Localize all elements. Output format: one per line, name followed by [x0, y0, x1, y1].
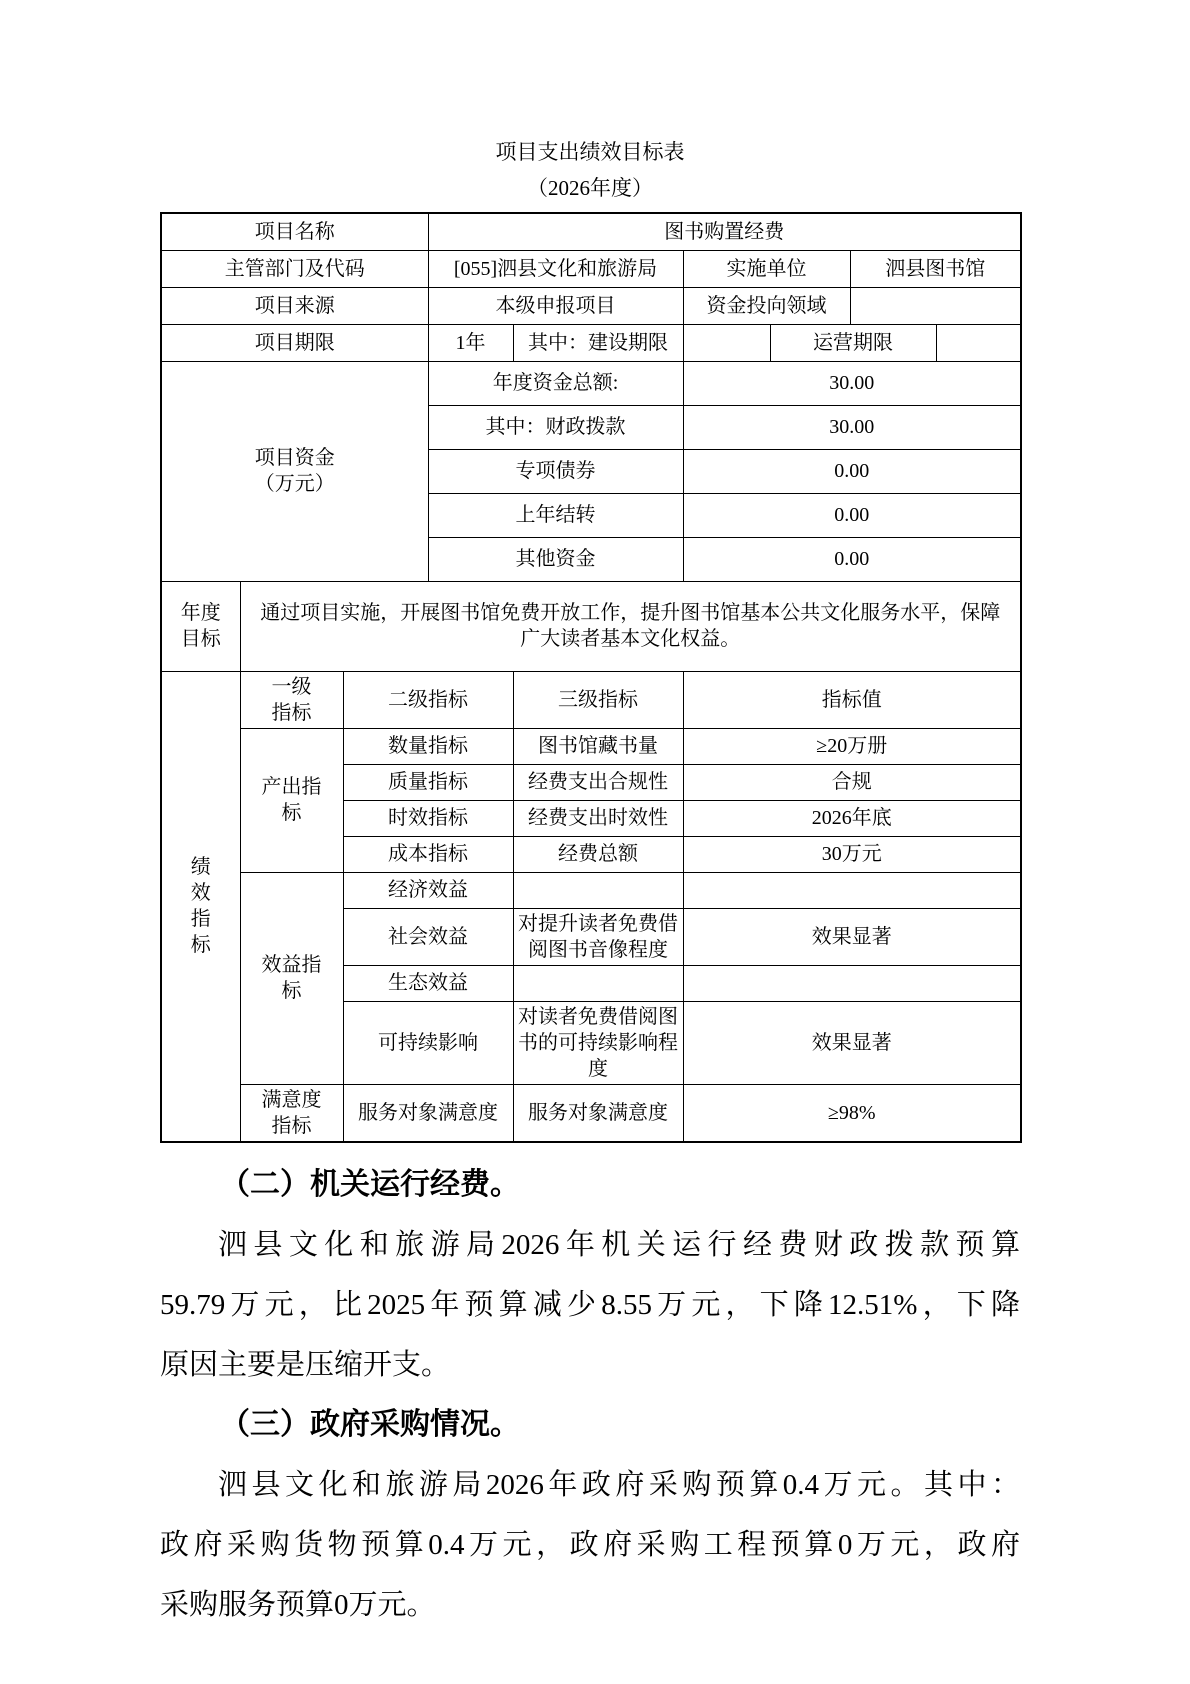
- row-perf-header: 绩 效 指 标 一级 指标 二级指标 三级指标 指标值: [161, 671, 1021, 728]
- page-subtitle: （2026年度）: [160, 177, 1020, 200]
- row-project-name: 项目名称 图书购置经费: [161, 213, 1021, 250]
- cell-header-level3: 三级指标: [513, 671, 683, 728]
- cell-annual-goal-text: 通过项目实施，开展图书馆免费开放工作，提升图书馆基本公共文化服务水平，保障 广大…: [240, 581, 1021, 671]
- row-output-quantity: 产出指 标 数量指标 图书馆藏书量 ≥20万册: [161, 728, 1021, 764]
- section-heading-3: （三）政府采购情况。: [160, 1395, 1020, 1455]
- cell-impl-unit-value: 泗县图书馆: [850, 250, 1021, 287]
- row-source: 项目来源 本级申报项目 资金投向领域: [161, 287, 1021, 324]
- cell-cost-l2: 成本指标: [343, 836, 513, 872]
- body-text: （二）机关运行经费。 泗县文化和旅游局2026年机关运行经费财政拨款预算 59.…: [160, 1155, 1020, 1635]
- cell-funds-total-label: 年度资金总额:: [428, 361, 683, 405]
- cell-satisfaction-l2: 服务对象满意度: [343, 1084, 513, 1142]
- section-3-line-2: 政府采购货物预算0.4万元，政府采购工程预算0万元，政府: [160, 1515, 1020, 1575]
- cell-quantity-l3: 图书馆藏书量: [513, 728, 683, 764]
- performance-target-table: 项目名称 图书购置经费 主管部门及代码 [055]泗县文化和旅游局 实施单位 泗…: [160, 212, 1022, 1143]
- section-2-line-1: 泗县文化和旅游局2026年机关运行经费财政拨款预算: [160, 1215, 1020, 1275]
- document-content: 项目支出绩效目标表 （2026年度） 项目名称 图书购置经费 主管部门及代码 […: [160, 141, 1020, 1635]
- section-2-line-3: 原因主要是压缩开支。: [160, 1335, 1020, 1395]
- cell-funds-bond-label: 专项债券: [428, 449, 683, 493]
- cell-period-label: 项目期限: [161, 324, 428, 361]
- cell-impl-unit-label: 实施单位: [683, 250, 850, 287]
- cell-timeliness-l2: 时效指标: [343, 800, 513, 836]
- cell-social-l3: 对提升读者免费借阅图书音像程度: [513, 908, 683, 965]
- cell-oper-period-value: [936, 324, 1021, 361]
- cell-dept-value: [055]泗县文化和旅游局: [428, 250, 683, 287]
- cell-oper-period-label: 运营期限: [770, 324, 936, 361]
- cell-header-value: 指标值: [683, 671, 1021, 728]
- cell-ecological-value: [683, 965, 1021, 1001]
- cell-quantity-value: ≥20万册: [683, 728, 1021, 764]
- cell-timeliness-value: 2026年底: [683, 800, 1021, 836]
- cell-header-level1: 一级 指标: [240, 671, 343, 728]
- cell-satisfaction-value: ≥98%: [683, 1084, 1021, 1142]
- cell-period-value: 1年: [428, 324, 513, 361]
- cell-funds-carryover-label: 上年结转: [428, 493, 683, 537]
- cell-source-value: 本级申报项目: [428, 287, 683, 324]
- cell-timeliness-l3: 经费支出时效性: [513, 800, 683, 836]
- cell-cost-value: 30万元: [683, 836, 1021, 872]
- row-satisfaction: 满意度 指标 服务对象满意度 服务对象满意度 ≥98%: [161, 1084, 1021, 1142]
- cell-annual-goal-label: 年度 目标: [161, 581, 240, 671]
- cell-sustainable-value: 效果显著: [683, 1001, 1021, 1084]
- cell-dept-label: 主管部门及代码: [161, 250, 428, 287]
- cell-source-label: 项目来源: [161, 287, 428, 324]
- cell-funds-fiscal-value: 30.00: [683, 405, 1021, 449]
- cell-funds-bond-value: 0.00: [683, 449, 1021, 493]
- cell-fund-field-label: 资金投向领域: [683, 287, 850, 324]
- cell-economic-value: [683, 872, 1021, 908]
- section-heading-2: （二）机关运行经费。: [160, 1155, 1020, 1215]
- cell-perf-label: 绩 效 指 标: [161, 671, 240, 1142]
- cell-economic-l2: 经济效益: [343, 872, 513, 908]
- cell-group-benefit: 效益指 标: [240, 872, 343, 1084]
- page-title: 项目支出绩效目标表: [160, 141, 1020, 164]
- cell-funds-fiscal-label: 其中：财政拨款: [428, 405, 683, 449]
- section-3-line-1: 泗县文化和旅游局2026年政府采购预算0.4万元。其中：: [160, 1455, 1020, 1515]
- cell-funds-other-value: 0.00: [683, 537, 1021, 581]
- cell-cost-l3: 经费总额: [513, 836, 683, 872]
- cell-funds-other-label: 其他资金: [428, 537, 683, 581]
- cell-sustainable-l2: 可持续影响: [343, 1001, 513, 1084]
- cell-group-output: 产出指 标: [240, 728, 343, 872]
- cell-quality-value: 合规: [683, 764, 1021, 800]
- row-period: 项目期限 1年 其中：建设期限 运营期限: [161, 324, 1021, 361]
- row-department: 主管部门及代码 [055]泗县文化和旅游局 实施单位 泗县图书馆: [161, 250, 1021, 287]
- cell-quality-l2: 质量指标: [343, 764, 513, 800]
- cell-social-value: 效果显著: [683, 908, 1021, 965]
- cell-build-period-label: 其中：建设期限: [513, 324, 683, 361]
- cell-sustainable-l3: 对读者免费借阅图书的可持续影响程度: [513, 1001, 683, 1084]
- cell-funds-label: 项目资金 （万元）: [161, 361, 428, 581]
- cell-fund-field-value: [850, 287, 1021, 324]
- cell-quality-l3: 经费支出合规性: [513, 764, 683, 800]
- cell-funds-total-value: 30.00: [683, 361, 1021, 405]
- row-annual-goal: 年度 目标 通过项目实施，开展图书馆免费开放工作，提升图书馆基本公共文化服务水平…: [161, 581, 1021, 671]
- row-benefit-economic: 效益指 标 经济效益: [161, 872, 1021, 908]
- cell-ecological-l3: [513, 965, 683, 1001]
- section-2-line-2: 59.79万元，比2025年预算减少8.55万元，下降12.51%，下降: [160, 1275, 1020, 1335]
- cell-project-name-value: 图书购置经费: [428, 213, 1021, 250]
- cell-project-name-label: 项目名称: [161, 213, 428, 250]
- row-funds-total: 项目资金 （万元） 年度资金总额: 30.00: [161, 361, 1021, 405]
- cell-ecological-l2: 生态效益: [343, 965, 513, 1001]
- document-page: 项目支出绩效目标表 （2026年度） 项目名称 图书购置经费 主管部门及代码 […: [0, 0, 1190, 1684]
- cell-group-satisfaction: 满意度 指标: [240, 1084, 343, 1142]
- cell-quantity-l2: 数量指标: [343, 728, 513, 764]
- cell-social-l2: 社会效益: [343, 908, 513, 965]
- cell-build-period-value: [683, 324, 770, 361]
- cell-header-level2: 二级指标: [343, 671, 513, 728]
- cell-economic-l3: [513, 872, 683, 908]
- cell-funds-carryover-value: 0.00: [683, 493, 1021, 537]
- section-3-line-3: 采购服务预算0万元。: [160, 1575, 1020, 1635]
- cell-satisfaction-l3: 服务对象满意度: [513, 1084, 683, 1142]
